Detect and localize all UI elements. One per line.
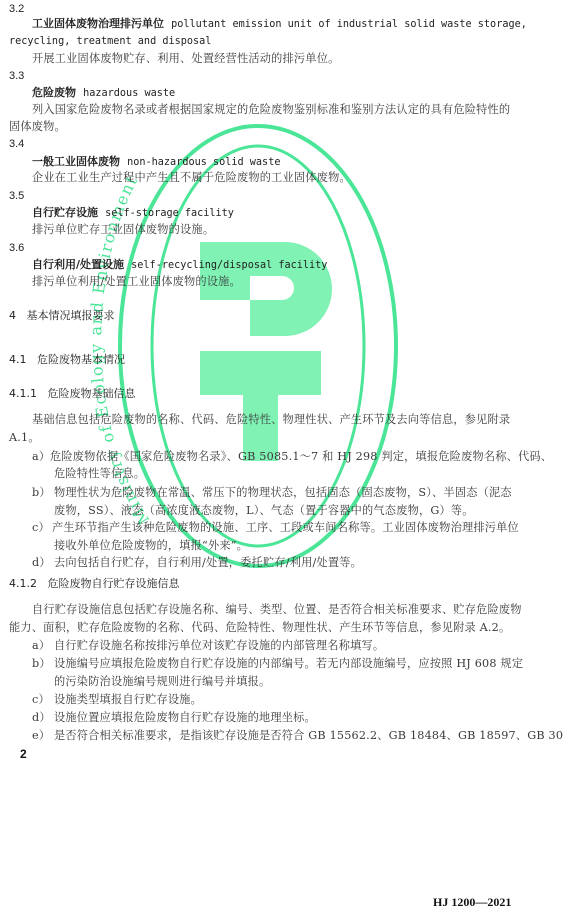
- list-item-text: 去向包括自行贮存，自行利用/处置，委托贮存/利用/处置等。: [54, 556, 362, 570]
- term-zh: 危险废物: [32, 86, 76, 99]
- term-en-continued: recycling, treatment and disposal: [9, 35, 211, 49]
- page-number: 2: [20, 747, 27, 761]
- term-heading: 自行贮存设施 self-storage facility: [32, 206, 234, 221]
- term-en: self-recycling/disposal facility: [131, 260, 327, 271]
- paragraph-text: 基础信息包括危险废物的名称、代码、危险特性、物理性状、产生环节及去向等信息，参见…: [32, 413, 510, 427]
- term-heading: 自行利用/处置设施 self-recycling/disposal facili…: [32, 258, 327, 273]
- term-heading: 工业固体废物治理排污单位 pollutant emission unit of …: [32, 17, 527, 32]
- list-item-text: 产生环节指产生该种危险废物的设施、工序、工段或车间名称等。工业固体废物治理排污单…: [52, 521, 519, 535]
- list-item-text: 设施位置应填报危险废物自行贮存设施的地理坐标。: [54, 711, 316, 725]
- definition-text: 固体废物。: [9, 120, 66, 134]
- section-title: 危险废物自行贮存设施信息: [48, 577, 180, 590]
- term-zh: 自行利用/处置设施: [32, 258, 124, 271]
- section-title: 危险废物基本情况: [37, 353, 125, 366]
- section-title: 危险废物基础信息: [48, 387, 136, 400]
- standard-code: HJ 1200—2021: [433, 895, 511, 909]
- paragraph-text: 能力、面积，贮存危险废物的名称、代码、危险特性、物理性状、产生环节等信息，参见附…: [9, 621, 510, 635]
- list-item-marker: b）: [32, 486, 51, 500]
- document-page: Ministry of Ecology and Environment 3.2 …: [0, 0, 563, 914]
- list-item-marker: e）: [32, 729, 50, 743]
- term-zh: 一般工业固体废物: [32, 155, 120, 168]
- term-en: self-storage facility: [105, 208, 234, 219]
- subsection-heading: 4.1.1 危险废物基础信息: [9, 387, 136, 401]
- list-item-text: 接收外单位危险废物的，填报“外来”。: [54, 539, 248, 553]
- term-en: non-hazardous solid waste: [127, 157, 280, 168]
- clause-number: 3.3: [9, 69, 24, 83]
- list-item-text: 自行贮存设施名称按排污单位对该贮存设施的内部管理名称填写。: [54, 639, 384, 653]
- list-item-text: 设施编号应填报危险废物自行贮存设施的内部编号。若无内部设施编号，应按照 HJ 6…: [54, 657, 523, 671]
- list-item-text: 危险废物依据《国家危险废物名录》、GB 5085.1～7 和 HJ 298 判定…: [50, 450, 552, 464]
- section-number: 4.1: [9, 353, 27, 366]
- subsection-heading: 4.1.2 危险废物自行贮存设施信息: [9, 577, 180, 591]
- definition-text: 排污单位贮存工业固体废物的设施。: [32, 223, 214, 237]
- term-heading: 一般工业固体废物 non-hazardous solid waste: [32, 155, 280, 170]
- clause-number: 3.4: [9, 137, 24, 151]
- section-number: 4.1.1: [9, 387, 37, 400]
- list-item-marker: a）: [32, 639, 50, 653]
- term-en: pollutant emission unit of industrial so…: [171, 19, 527, 30]
- term-zh: 自行贮存设施: [32, 206, 98, 219]
- list-item-text: 物理性状为危险废物在常温、常压下的物理状态，包括固态（固态废物，S）、半固态（泥…: [54, 486, 512, 500]
- list-item-marker: c）: [32, 521, 50, 535]
- list-item-text: 危险特性等信息。: [54, 467, 145, 481]
- definition-text: 排污单位利用/处置工业固体废物的设施。: [32, 275, 241, 289]
- term-heading: 危险废物 hazardous waste: [32, 86, 175, 101]
- list-item-marker: d）: [32, 711, 51, 725]
- definition-text: 列入国家危险废物名录或者根据国家规定的危险废物鉴别标准和鉴别方法认定的具有危险特…: [32, 103, 510, 117]
- list-item-marker: a）: [32, 450, 50, 464]
- list-item-marker: d）: [32, 556, 51, 570]
- list-item-marker: b）: [32, 657, 51, 671]
- clause-number: 3.6: [9, 241, 24, 255]
- definition-text: 开展工业固体废物贮存、利用、处置经营性活动的排污单位。: [32, 52, 339, 66]
- term-en: hazardous waste: [83, 88, 175, 99]
- section-number: 4.1.2: [9, 577, 37, 590]
- paragraph-text: A.1。: [9, 431, 40, 445]
- section-heading: 4.1 危险废物基本情况: [9, 353, 125, 367]
- list-item-text: 废物，SS）、液态（高浓度液态废物，L）、气态（置于容器中的气态废物，G）等。: [54, 504, 474, 518]
- section-title: 基本情况填报要求: [27, 309, 115, 322]
- list-item-text: 设施类型填报自行贮存设施。: [54, 693, 202, 707]
- clause-number: 3.5: [9, 189, 24, 203]
- term-zh: 工业固体废物治理排污单位: [32, 17, 164, 30]
- list-item-text: 的污染防治设施编号规则进行编号并填报。: [54, 675, 270, 689]
- section-number: 4: [9, 309, 16, 322]
- clause-number: 3.2: [9, 2, 24, 16]
- list-item-text: 是否符合相关标准要求，是指该贮存设施是否符合 GB 15562.2、GB 184…: [54, 729, 563, 743]
- section-heading: 4 基本情况填报要求: [9, 309, 115, 323]
- definition-text: 企业在工业生产过程中产生且不属于危险废物的工业固体废物。: [32, 171, 351, 185]
- paragraph-text: 自行贮存设施信息包括贮存设施名称、编号、类型、位置、是否符合相关标准要求、贮存危…: [32, 603, 522, 617]
- list-item-marker: c）: [32, 693, 50, 707]
